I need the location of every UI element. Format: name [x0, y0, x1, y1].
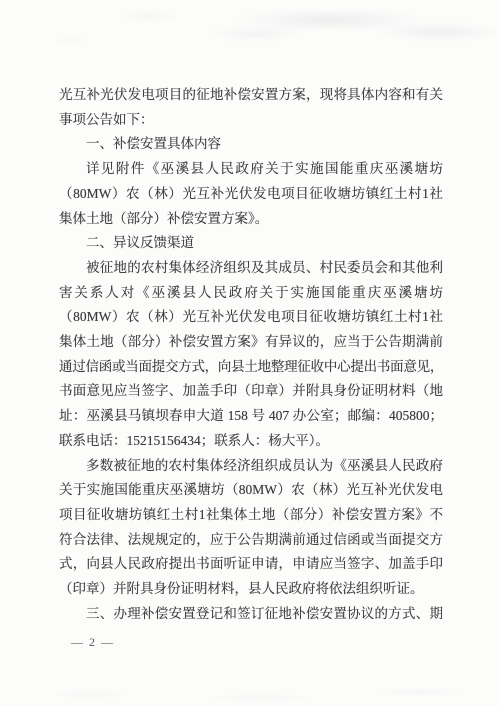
text-line: 符合法律、法规规定的，应于公告期满前通过信函或当面提交方 [59, 528, 443, 553]
text-line: 通过信函或当面提交方式，向县土地整理征收中心提出书面意见， [59, 355, 443, 380]
text-line: 集体土地（部分）补偿安置方案》有异议的，应当于公告期满前 [59, 330, 443, 355]
document-body-text: 光互补光伏发电项目的征地补偿安置方案，现将具体内容和有关事项公告如下：一、补偿安… [59, 83, 443, 626]
page-number: — 2 — [71, 634, 115, 650]
text-line: 址：巫溪县马镇坝春申大道 158 号 407 办公室；邮编：405800； [59, 404, 443, 429]
scan-speckles-bottom [0, 680, 500, 706]
text-line: 联系电话：15215156434；联系人：杨大平）。 [59, 429, 443, 454]
text-line: 光互补光伏发电项目的征地补偿安置方案，现将具体内容和有关 [59, 83, 443, 108]
text-line: （80MW）农（林）光互补光伏发电项目征收塘坊镇红土村1社 [59, 305, 443, 330]
scan-smudge-top [0, 0, 500, 80]
text-line: 多数被征地的农村集体经济组织成员认为《巫溪县人民政府 [59, 454, 443, 479]
text-line: （80MW）农（林）光互补光伏发电项目征收塘坊镇红土村1社 [59, 182, 443, 207]
text-line: 集体土地（部分）补偿安置方案》。 [59, 207, 443, 232]
text-line: 一、补偿安置具体内容 [59, 132, 443, 157]
text-line: 三、办理补偿安置登记和签订征地补偿安置协议的方式、期 [59, 602, 443, 627]
text-line: 被征地的农村集体经济组织及其成员、村民委员会和其他利 [59, 256, 443, 281]
text-line: 书面意见应当签字、加盖手印（印章）并附具身份证明材料（地 [59, 379, 443, 404]
text-line: 二、异议反馈渠道 [59, 231, 443, 256]
text-line: （印章）并附具身份证明材料，县人民政府将依法组织听证。 [59, 577, 443, 602]
text-line: 关于实施国能重庆巫溪塘坊（80MW）农（林）光互补光伏发电 [59, 478, 443, 503]
text-line: 害关系人对《巫溪县人民政府关于实施国能重庆巫溪塘坊 [59, 281, 443, 306]
text-line: 详见附件《巫溪县人民政府关于实施国能重庆巫溪塘坊 [59, 157, 443, 182]
text-line: 事项公告如下： [59, 108, 443, 133]
text-line: 式，向县人民政府提出书面听证申请，申请应当签字、加盖手印 [59, 552, 443, 577]
text-line: 项目征收塘坊镇红土村1社集体土地（部分）补偿安置方案》不 [59, 503, 443, 528]
scanned-document-page: 光互补光伏发电项目的征地补偿安置方案，现将具体内容和有关事项公告如下：一、补偿安… [0, 0, 500, 706]
